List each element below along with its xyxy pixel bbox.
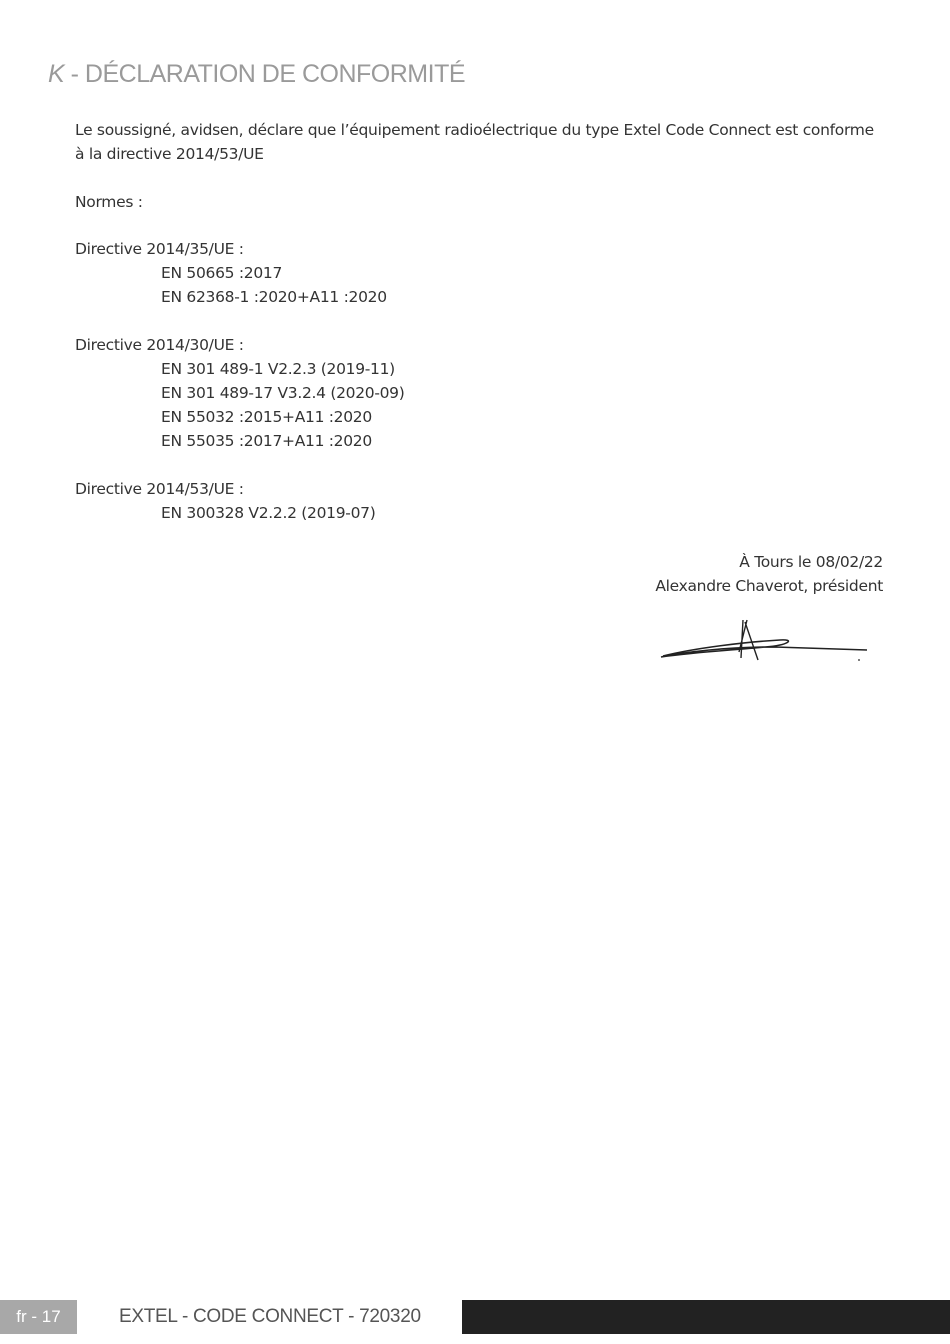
section-letter: K <box>48 60 64 88</box>
intro-line-2: à la directive 2014/53/UE <box>75 142 874 166</box>
intro-line-1: Le soussigné, avidsen, déclare que l’équ… <box>75 118 874 142</box>
standard-item: EN 300328 V2.2.2 (2019-07) <box>75 501 375 525</box>
standard-item: EN 50665 :2017 <box>75 261 387 285</box>
standard-item: EN 55032 :2015+A11 :2020 <box>75 405 404 429</box>
directive-label: Directive 2014/35/UE : <box>75 240 244 258</box>
normes-label: Normes : <box>75 190 143 214</box>
directive-label: Directive 2014/30/UE : <box>75 336 244 354</box>
intro-paragraph: Le soussigné, avidsen, déclare que l’équ… <box>75 118 874 166</box>
footer-bar <box>462 1300 950 1334</box>
signoff: À Tours le 08/02/22 Alexandre Chaverot, … <box>655 550 883 598</box>
standard-item: EN 62368-1 :2020+A11 :2020 <box>75 285 387 309</box>
place-date: À Tours le 08/02/22 <box>655 550 883 574</box>
standard-item: EN 55035 :2017+A11 :2020 <box>75 429 404 453</box>
page-number: fr - 17 <box>0 1300 77 1334</box>
standard-item: EN 301 489-17 V3.2.4 (2020-09) <box>75 381 404 405</box>
directive-block: Directive 2014/30/UE : EN 301 489-1 V2.2… <box>75 333 404 453</box>
signature-image <box>655 612 875 667</box>
directive-label: Directive 2014/53/UE : <box>75 480 244 498</box>
section-title: - DÉCLARATION DE CONFORMITÉ <box>64 60 465 88</box>
signatory: Alexandre Chaverot, président <box>655 574 883 598</box>
footer-title: EXTEL - CODE CONNECT - 720320 <box>119 1300 421 1334</box>
page-title: K - DÉCLARATION DE CONFORMITÉ <box>48 60 465 89</box>
directive-block: Directive 2014/35/UE : EN 50665 :2017 EN… <box>75 237 387 309</box>
standard-item: EN 301 489-1 V2.2.3 (2019-11) <box>75 357 404 381</box>
directive-block: Directive 2014/53/UE : EN 300328 V2.2.2 … <box>75 477 375 525</box>
